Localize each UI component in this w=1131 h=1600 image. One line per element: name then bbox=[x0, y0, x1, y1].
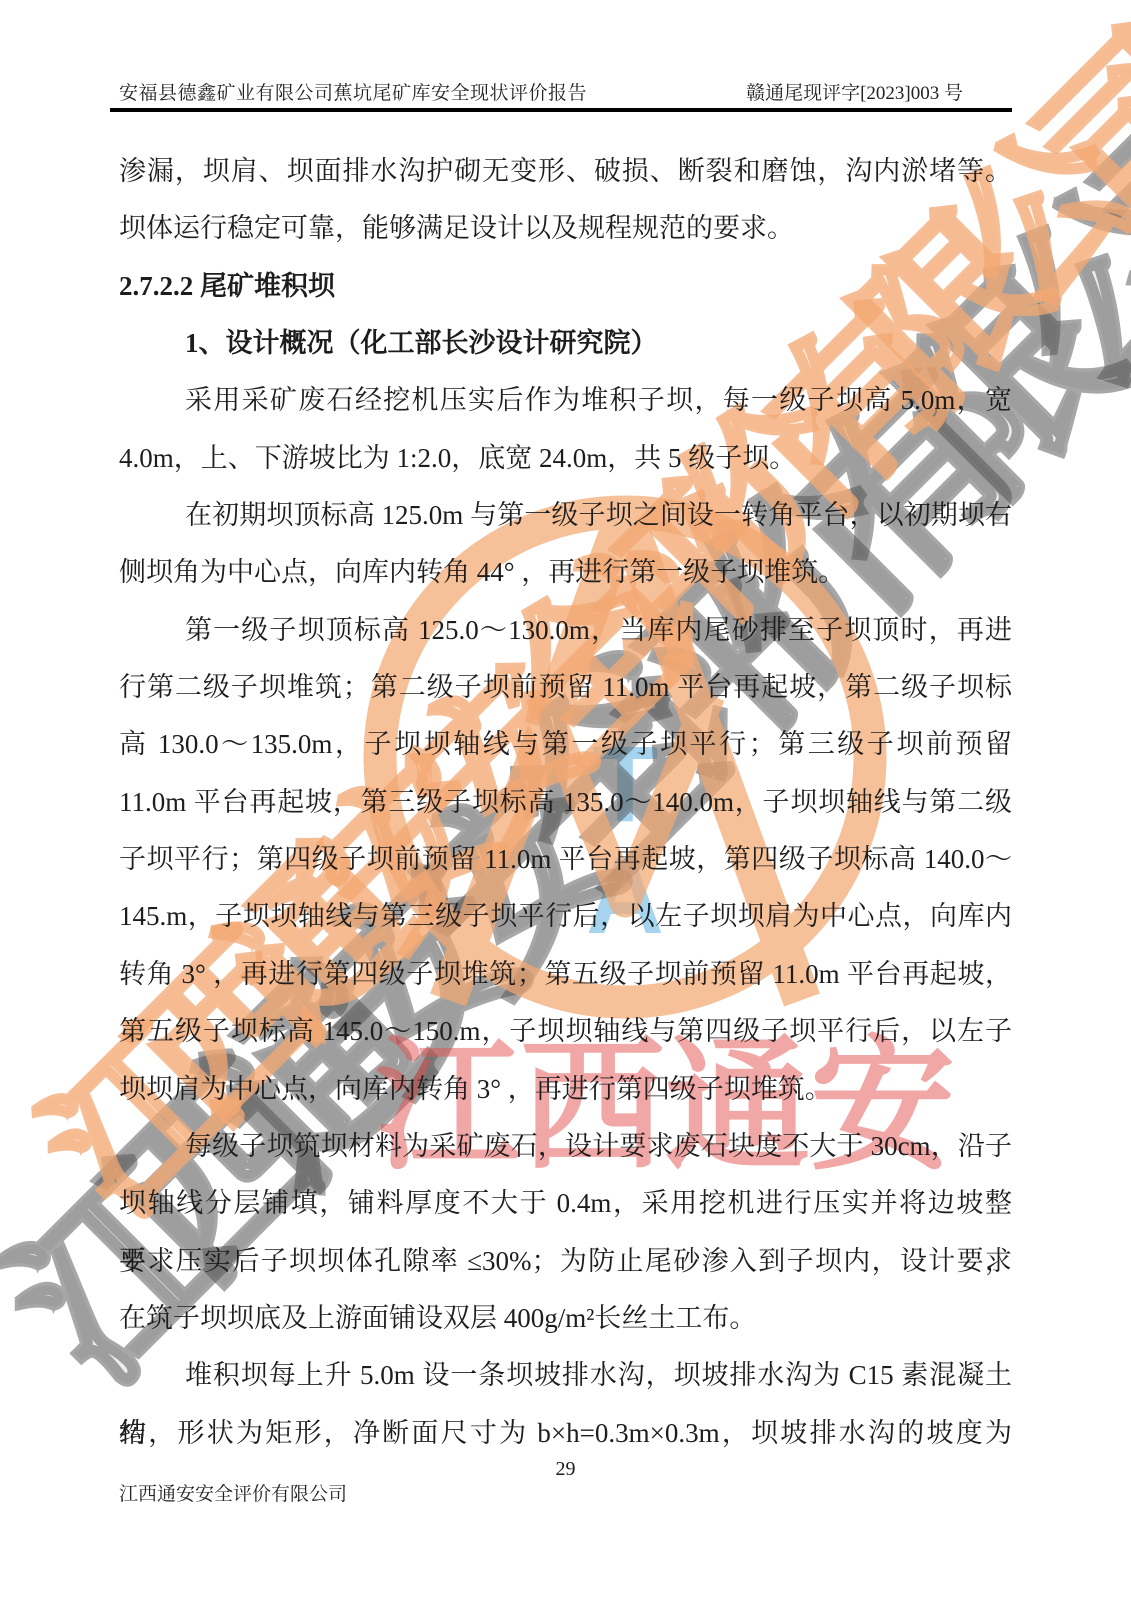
text-line: 转角 3° ，再进行第四级子坝堆筑；第五级子坝前预留 11.0m 平台再起坡， bbox=[119, 946, 1012, 1003]
text-line: 每级子坝筑坝材料为采矿废石，设计要求废石块度不大于 30cm，沿子 bbox=[119, 1118, 1012, 1175]
text-line: 堆积坝每上升 5.0m 设一条坝坡排水沟，坝坡排水沟为 C15 素混凝土结 bbox=[119, 1347, 1012, 1404]
text-line: 渗漏，坝肩、坝面排水沟护砌无变形、破损、断裂和磨蚀，沟内淤堵等。 bbox=[119, 143, 1012, 200]
text-line: 1、设计概况（化工部长沙设计研究院） bbox=[119, 315, 1012, 372]
text-line: 在初期坝顶标高 125.0m 与第一级子坝之间设一转角平台，以初期坝右 bbox=[119, 487, 1012, 544]
text-line: 子坝平行；第四级子坝前预留 11.0m 平台再起坡，第四级子坝标高 140.0～ bbox=[119, 831, 1012, 888]
document-page: T A 江西通安安全评价有限公司 江西通安安全评价有限公司 江西通安 安福县德鑫… bbox=[0, 0, 1131, 1600]
header-report-title: 安福县德鑫矿业有限公司蕉坑尾矿库安全现状评价报告 bbox=[119, 78, 587, 105]
text-line: 145.m，子坝坝轴线与第三级子坝平行后，以左子坝坝肩为中心点，向库内 bbox=[119, 888, 1012, 945]
text-line: 4.0m，上、下游坡比为 1:2.0，底宽 24.0m，共 5 级子坝。 bbox=[119, 430, 1012, 487]
body-text: 渗漏，坝肩、坝面排水沟护砌无变形、破损、断裂和磨蚀，沟内淤堵等。坝体运行稳定可靠… bbox=[119, 143, 1012, 1462]
text-line: 坝轴线分层铺填，铺料厚度不大于 0.4m，采用挖机进行压实并将边坡整平， bbox=[119, 1175, 1012, 1232]
text-line: 要求压实后子坝坝体孔隙率 ≤30%；为防止尾砂渗入到子坝内，设计要求 bbox=[119, 1233, 1012, 1290]
footer-company-name: 江西通安安全评价有限公司 bbox=[119, 1479, 347, 1506]
header-doc-number: 赣通尾现评字[2023]003 号 bbox=[746, 78, 963, 105]
text-line: 构，形状为矩形，净断面尺寸为 b×h=0.3m×0.3m，坝坡排水沟的坡度为 bbox=[119, 1405, 1012, 1462]
text-line: 在筑子坝坝底及上游面铺设双层 400g/m²长丝土工布。 bbox=[119, 1290, 1012, 1347]
text-line: 第一级子坝顶标高 125.0～130.0m，当库内尾砂排至子坝顶时，再进 bbox=[119, 602, 1012, 659]
text-line: 高 130.0～135.0m，子坝坝轴线与第一级子坝平行；第三级子坝前预留 bbox=[119, 716, 1012, 773]
text-line: 坝坝肩为中心点，向库内转角 3° ，再进行第四级子坝堆筑。 bbox=[119, 1061, 1012, 1118]
header-rule bbox=[110, 108, 1012, 112]
text-line: 坝体运行稳定可靠，能够满足设计以及规程规范的要求。 bbox=[119, 200, 1012, 257]
text-line: 采用采矿废石经挖机压实后作为堆积子坝，每一级子坝高 5.0m，宽 bbox=[119, 372, 1012, 429]
page-number: 29 bbox=[0, 1458, 1131, 1481]
text-line: 11.0m 平台再起坡，第三级子坝标高 135.0～140.0m，子坝坝轴线与第… bbox=[119, 774, 1012, 831]
text-line: 2.7.2.2 尾矿堆积坝 bbox=[119, 258, 1012, 315]
text-line: 第五级子坝标高 145.0～150.m，子坝坝轴线与第四级子坝平行后，以左子 bbox=[119, 1003, 1012, 1060]
text-line: 行第二级子坝堆筑；第二级子坝前预留 11.0m 平台再起坡，第二级子坝标 bbox=[119, 659, 1012, 716]
text-line: 侧坝角为中心点，向库内转角 44° ，再进行第一级子坝堆筑。 bbox=[119, 544, 1012, 601]
